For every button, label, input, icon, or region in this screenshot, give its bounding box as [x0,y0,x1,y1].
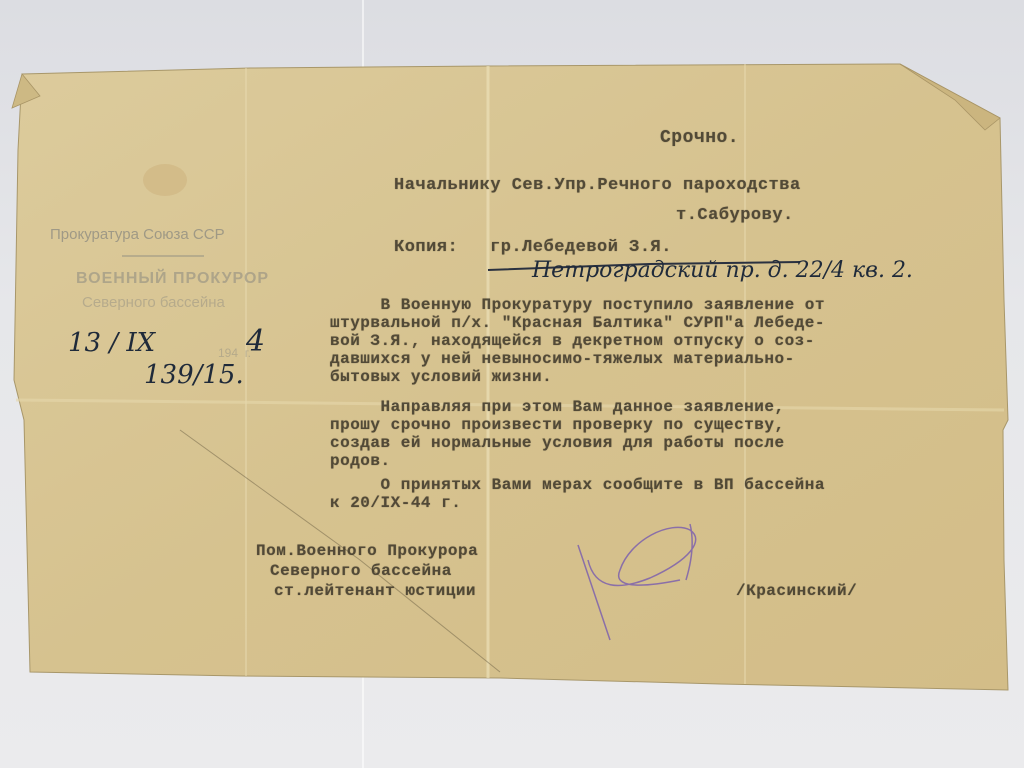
stamp-line-military-prosecutor: ВОЕННЫЙ ПРОКУРОР [76,270,269,288]
body-line: О принятых Вами мерах сообщите в ВП басс… [330,476,825,494]
body-line: давшихся у ней невыносимо-тяжелых матери… [330,350,795,368]
addressee-line-1: Начальнику Сев.Упр.Речного пароходства [394,176,801,195]
body-line: создав ей нормальные условия для работы … [330,434,785,452]
body-line: к 20/IX-44 г. [330,494,461,512]
body-line: В Военную Прокуратуру поступило заявлени… [330,296,825,314]
body-line: штурвальной п/х. "Красная Балтика" СУРП"… [330,314,825,332]
body-line: родов. [330,452,391,470]
stamp-line-northern-basin: Северного бассейна [82,294,225,311]
body-line: Направляя при этом Вам данное заявление, [330,398,785,416]
body-line: бытовых условий жизни. [330,368,552,386]
handwritten-reg-date: 13 / IX [68,328,155,358]
addressee-line-2: т.Сабурову. [676,206,794,225]
body-line: вой З.Я., находящейся в декретном отпуск… [330,332,815,350]
copy-recipient-name: гр.Лебедевой З.Я. [490,238,672,257]
body-line: прошу срочно произвести проверку по суще… [330,416,785,434]
signatory-name: /Красинский/ [736,582,857,600]
copy-label: Копия: [394,238,458,257]
document-heading: Срочно. [660,128,739,148]
handwritten-reg-number: 139/15. [144,360,244,390]
stamp-line-prosecutor-office: Прокуратура Союза ССР [50,226,225,243]
signature-title-line-1: Пом.Военного Прокурора [256,542,478,560]
signature-title-line-2: Северного бассейна [270,562,452,580]
handwritten-reg-year-digit: 4 [246,324,265,359]
signature-title-line-3: ст.лейтенант юстиции [274,582,476,600]
copy-handwritten-address: Петроградский пр. д. 22/4 кв. 2. [532,258,913,283]
document-paper: Прокуратура Союза ССР ВОЕННЫЙ ПРОКУРОР С… [0,0,1024,768]
